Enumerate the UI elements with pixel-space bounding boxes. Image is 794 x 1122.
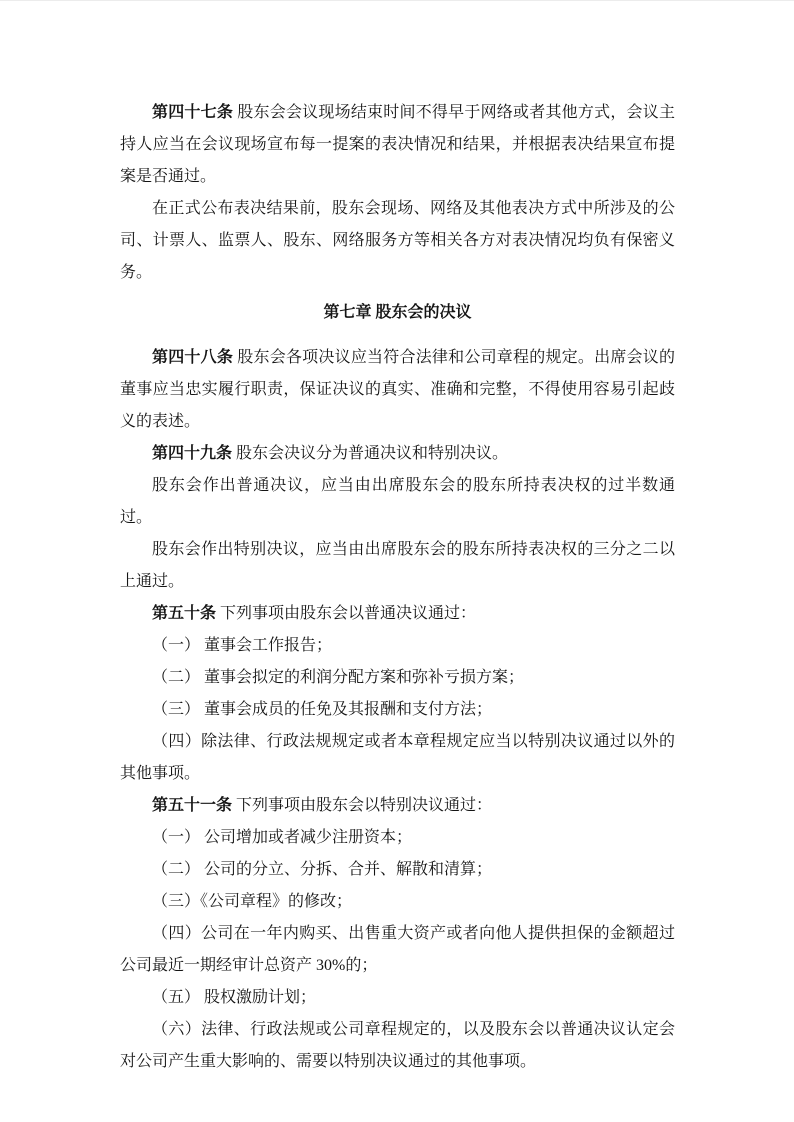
body-paragraph: （四）公司在一年内购买、出售重大资产或者向他人提供担保的金额超过公司最近一期经审… <box>120 918 675 982</box>
body-paragraph: （三） 董事会成员的任免及其报酬和支付方法； <box>120 694 675 726</box>
body-paragraph: （二） 公司的分立、分拆、合并、解散和清算； <box>120 854 675 886</box>
body-paragraph: （一） 公司增加或者减少注册资本； <box>120 822 675 854</box>
body-paragraph: （六）法律、行政法规或公司章程规定的，以及股东会以普通决议认定会对公司产生重大影… <box>120 1014 675 1078</box>
body-paragraph: （一） 董事会工作报告； <box>120 630 675 662</box>
article-number: 第五十条 <box>152 605 216 622</box>
article-paragraph: 第五十条 下列事项由股东会以普通决议通过： <box>120 598 675 630</box>
article-number: 第四十九条 <box>152 445 232 462</box>
article-number: 第四十七条 <box>152 104 233 121</box>
body-paragraph: （三）《公司章程》的修改； <box>120 886 675 918</box>
article-number: 第五十一条 <box>152 797 232 814</box>
document-body: 第四十七条 股东会会议现场结束时间不得早于网络或者其他方式，会议主持人应当在会议… <box>120 97 675 1078</box>
article-paragraph: 第四十八条 股东会各项决议应当符合法律和公司章程的规定。出席会议的董事应当忠实履… <box>120 342 675 438</box>
chapter-heading: 第七章 股东会的决议 <box>120 297 675 329</box>
body-paragraph: 在正式公布表决结果前，股东会现场、网络及其他表决方式中所涉及的公司、计票人、监票… <box>120 193 675 289</box>
article-paragraph: 第四十九条 股东会决议分为普通决议和特别决议。 <box>120 438 675 470</box>
body-paragraph: （四）除法律、行政法规规定或者本章程规定应当以特别决议通过以外的其他事项。 <box>120 726 675 790</box>
article-number: 第四十八条 <box>152 349 233 366</box>
document-page: 第四十七条 股东会会议现场结束时间不得早于网络或者其他方式，会议主持人应当在会议… <box>0 0 794 1122</box>
body-paragraph: （二） 董事会拟定的利润分配方案和弥补亏损方案； <box>120 662 675 694</box>
article-paragraph: 第五十一条 下列事项由股东会以特别决议通过： <box>120 790 675 822</box>
body-paragraph: 股东会作出特别决议，应当由出席股东会的股东所持表决权的三分之二以上通过。 <box>120 534 675 598</box>
body-paragraph: 股东会作出普通决议，应当由出席股东会的股东所持表决权的过半数通过。 <box>120 470 675 534</box>
article-paragraph: 第四十七条 股东会会议现场结束时间不得早于网络或者其他方式，会议主持人应当在会议… <box>120 97 675 193</box>
body-paragraph: （五） 股权激励计划； <box>120 982 675 1014</box>
